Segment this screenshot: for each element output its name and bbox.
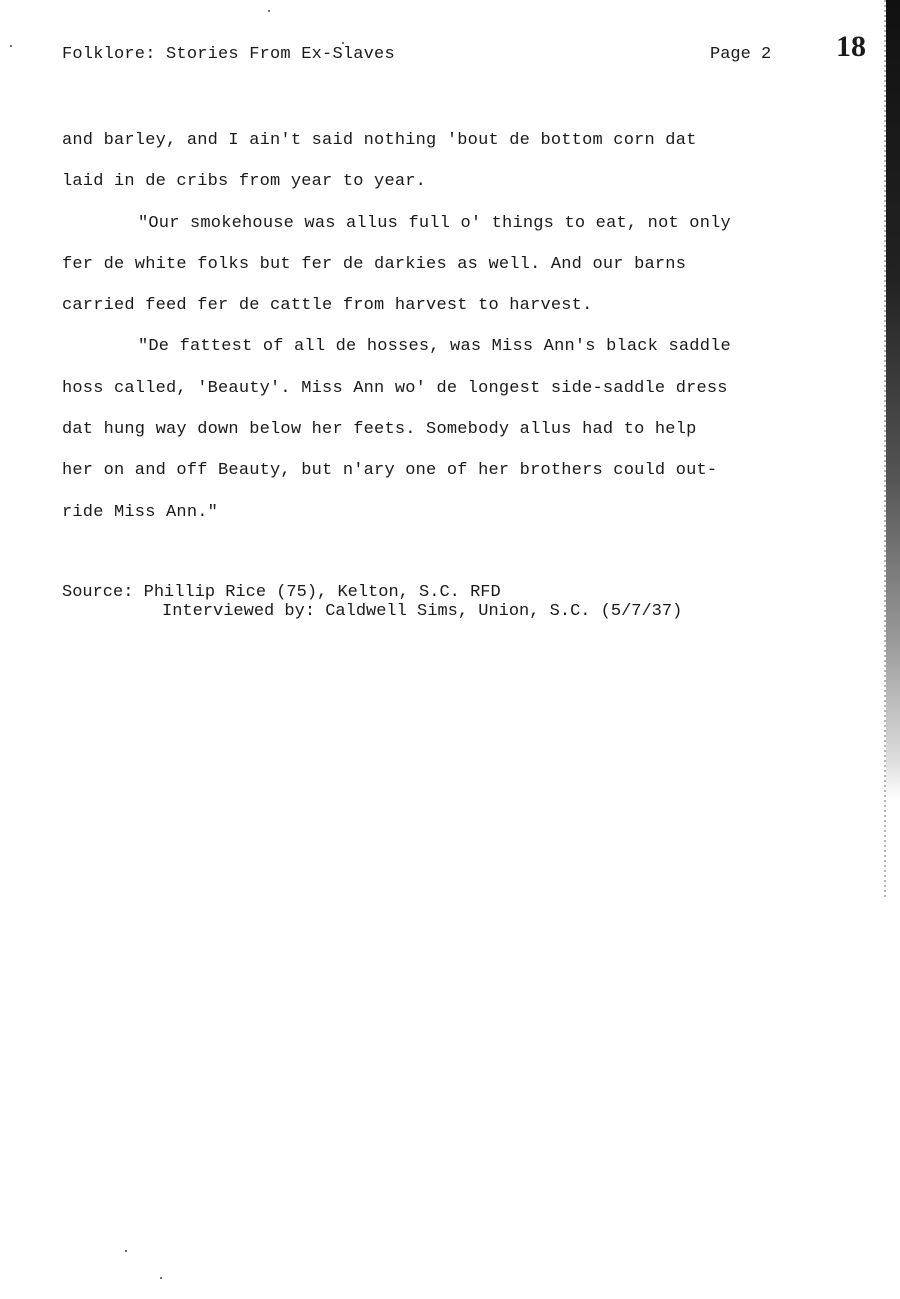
scan-speck	[268, 10, 270, 12]
page-number-label: Page 2	[710, 45, 771, 64]
text-line: hoss called, 'Beauty'. Miss Ann wo' de l…	[62, 375, 842, 416]
scan-speck	[10, 45, 12, 47]
folio-number: 18	[836, 30, 866, 64]
scan-edge-dots	[884, 0, 886, 900]
text-line: laid in de cribs from year to year.	[62, 168, 842, 209]
scan-speck	[160, 1277, 162, 1279]
text-line: and barley, and I ain't said nothing 'bo…	[62, 127, 842, 168]
body-text: and barley, and I ain't said nothing 'bo…	[62, 127, 842, 540]
text-line: her on and off Beauty, but n'ary one of …	[62, 457, 842, 498]
scan-edge-shadow	[886, 0, 900, 800]
scan-speck	[342, 42, 344, 44]
document-header-title: Folklore: Stories From Ex-Slaves	[62, 45, 395, 64]
interviewer-line: Interviewed by: Caldwell Sims, Union, S.…	[62, 602, 682, 621]
text-line: fer de white folks but fer de darkies as…	[62, 251, 842, 292]
source-citation: Source: Phillip Rice (75), Kelton, S.C. …	[62, 583, 682, 621]
text-line: dat hung way down below her feets. Someb…	[62, 416, 842, 457]
document-page: Folklore: Stories From Ex-Slaves Page 2 …	[0, 0, 900, 1299]
text-line: "Our smokehouse was allus full o' things…	[62, 210, 842, 251]
scan-speck	[125, 1250, 127, 1252]
text-line: ride Miss Ann."	[62, 499, 842, 540]
text-line: "De fattest of all de hosses, was Miss A…	[62, 333, 842, 374]
text-line: carried feed fer de cattle from harvest …	[62, 292, 842, 333]
source-line: Source: Phillip Rice (75), Kelton, S.C. …	[62, 583, 682, 602]
